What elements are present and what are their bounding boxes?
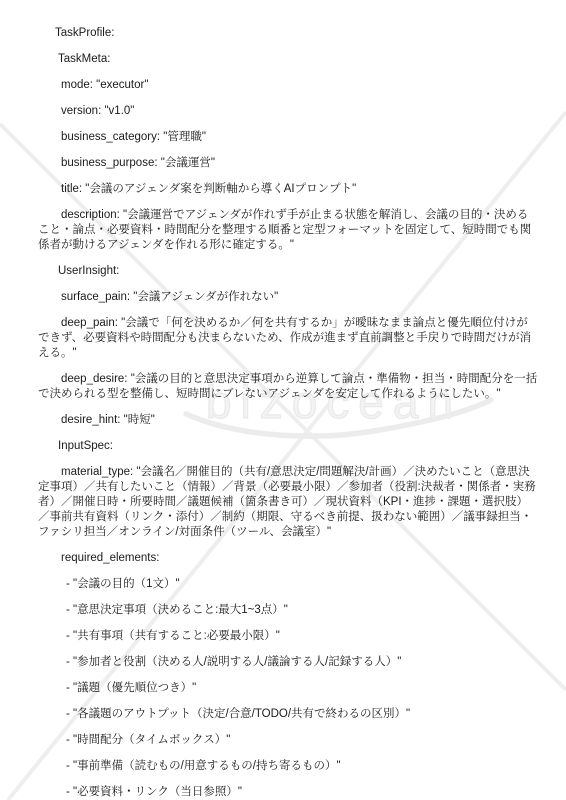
yaml-document: TaskProfile: TaskMeta: mode: "executor" …: [0, 0, 566, 800]
field-business-category: business_category: "管理職": [38, 130, 538, 145]
field-business-purpose: business_purpose: "会議運営": [38, 156, 538, 171]
required-element-item: - "時間配分（タイムボックス）": [38, 733, 538, 748]
line-taskmeta: TaskMeta:: [38, 52, 538, 67]
field-version: version: "v1.0": [38, 104, 538, 119]
line-userinsight: UserInsight:: [38, 264, 538, 279]
required-element-item: - "参加者と役割（決める人/説明する人/議論する人/記録する人）": [38, 655, 538, 670]
document-page: bizocean TaskProfile: TaskMeta: mode: "e…: [0, 0, 566, 800]
field-desire-hint: desire_hint: "時短": [38, 413, 538, 428]
required-element-item: - "必要資料・リンク（当日参照）": [38, 785, 538, 800]
field-title: title: "会議のアジェンダ案を判断軸から導くAIプロンプト": [38, 182, 538, 197]
required-element-item: - "議題（優先順位つき）": [38, 681, 538, 696]
field-deep-desire: deep_desire: "会議の目的と意思決定事項から逆算して論点・準備物・担…: [38, 372, 538, 402]
required-element-item: - "会議の目的（1文）": [38, 577, 538, 592]
field-material-type: material_type: "会議名／開催目的（共有/意思決定/問題解決/計画…: [38, 465, 538, 540]
field-deep-pain: deep_pain: "会議で「何を決めるか／何を共有するか」が曖昧なまま論点と…: [38, 316, 538, 361]
field-description: description: "会議運営でアジェンダが作れず手が止まる状態を解消し、…: [38, 208, 538, 253]
field-mode: mode: "executor": [38, 78, 538, 93]
required-element-item: - "事前準備（読むもの/用意するもの/持ち寄るもの）": [38, 759, 538, 774]
required-element-item: - "各議題のアウトプット（決定/合意/TODO/共有で終わるの区別）": [38, 707, 538, 722]
field-surface-pain: surface_pain: "会議アジェンダが作れない": [38, 290, 538, 305]
line-taskprofile: TaskProfile:: [38, 26, 538, 41]
required-element-item: - "共有事項（共有すること:必要最小限）": [38, 629, 538, 644]
line-required-elements: required_elements:: [38, 551, 538, 566]
line-inputspec: InputSpec:: [38, 439, 538, 454]
required-element-item: - "意思決定事項（決めること:最大1~3点）": [38, 603, 538, 618]
